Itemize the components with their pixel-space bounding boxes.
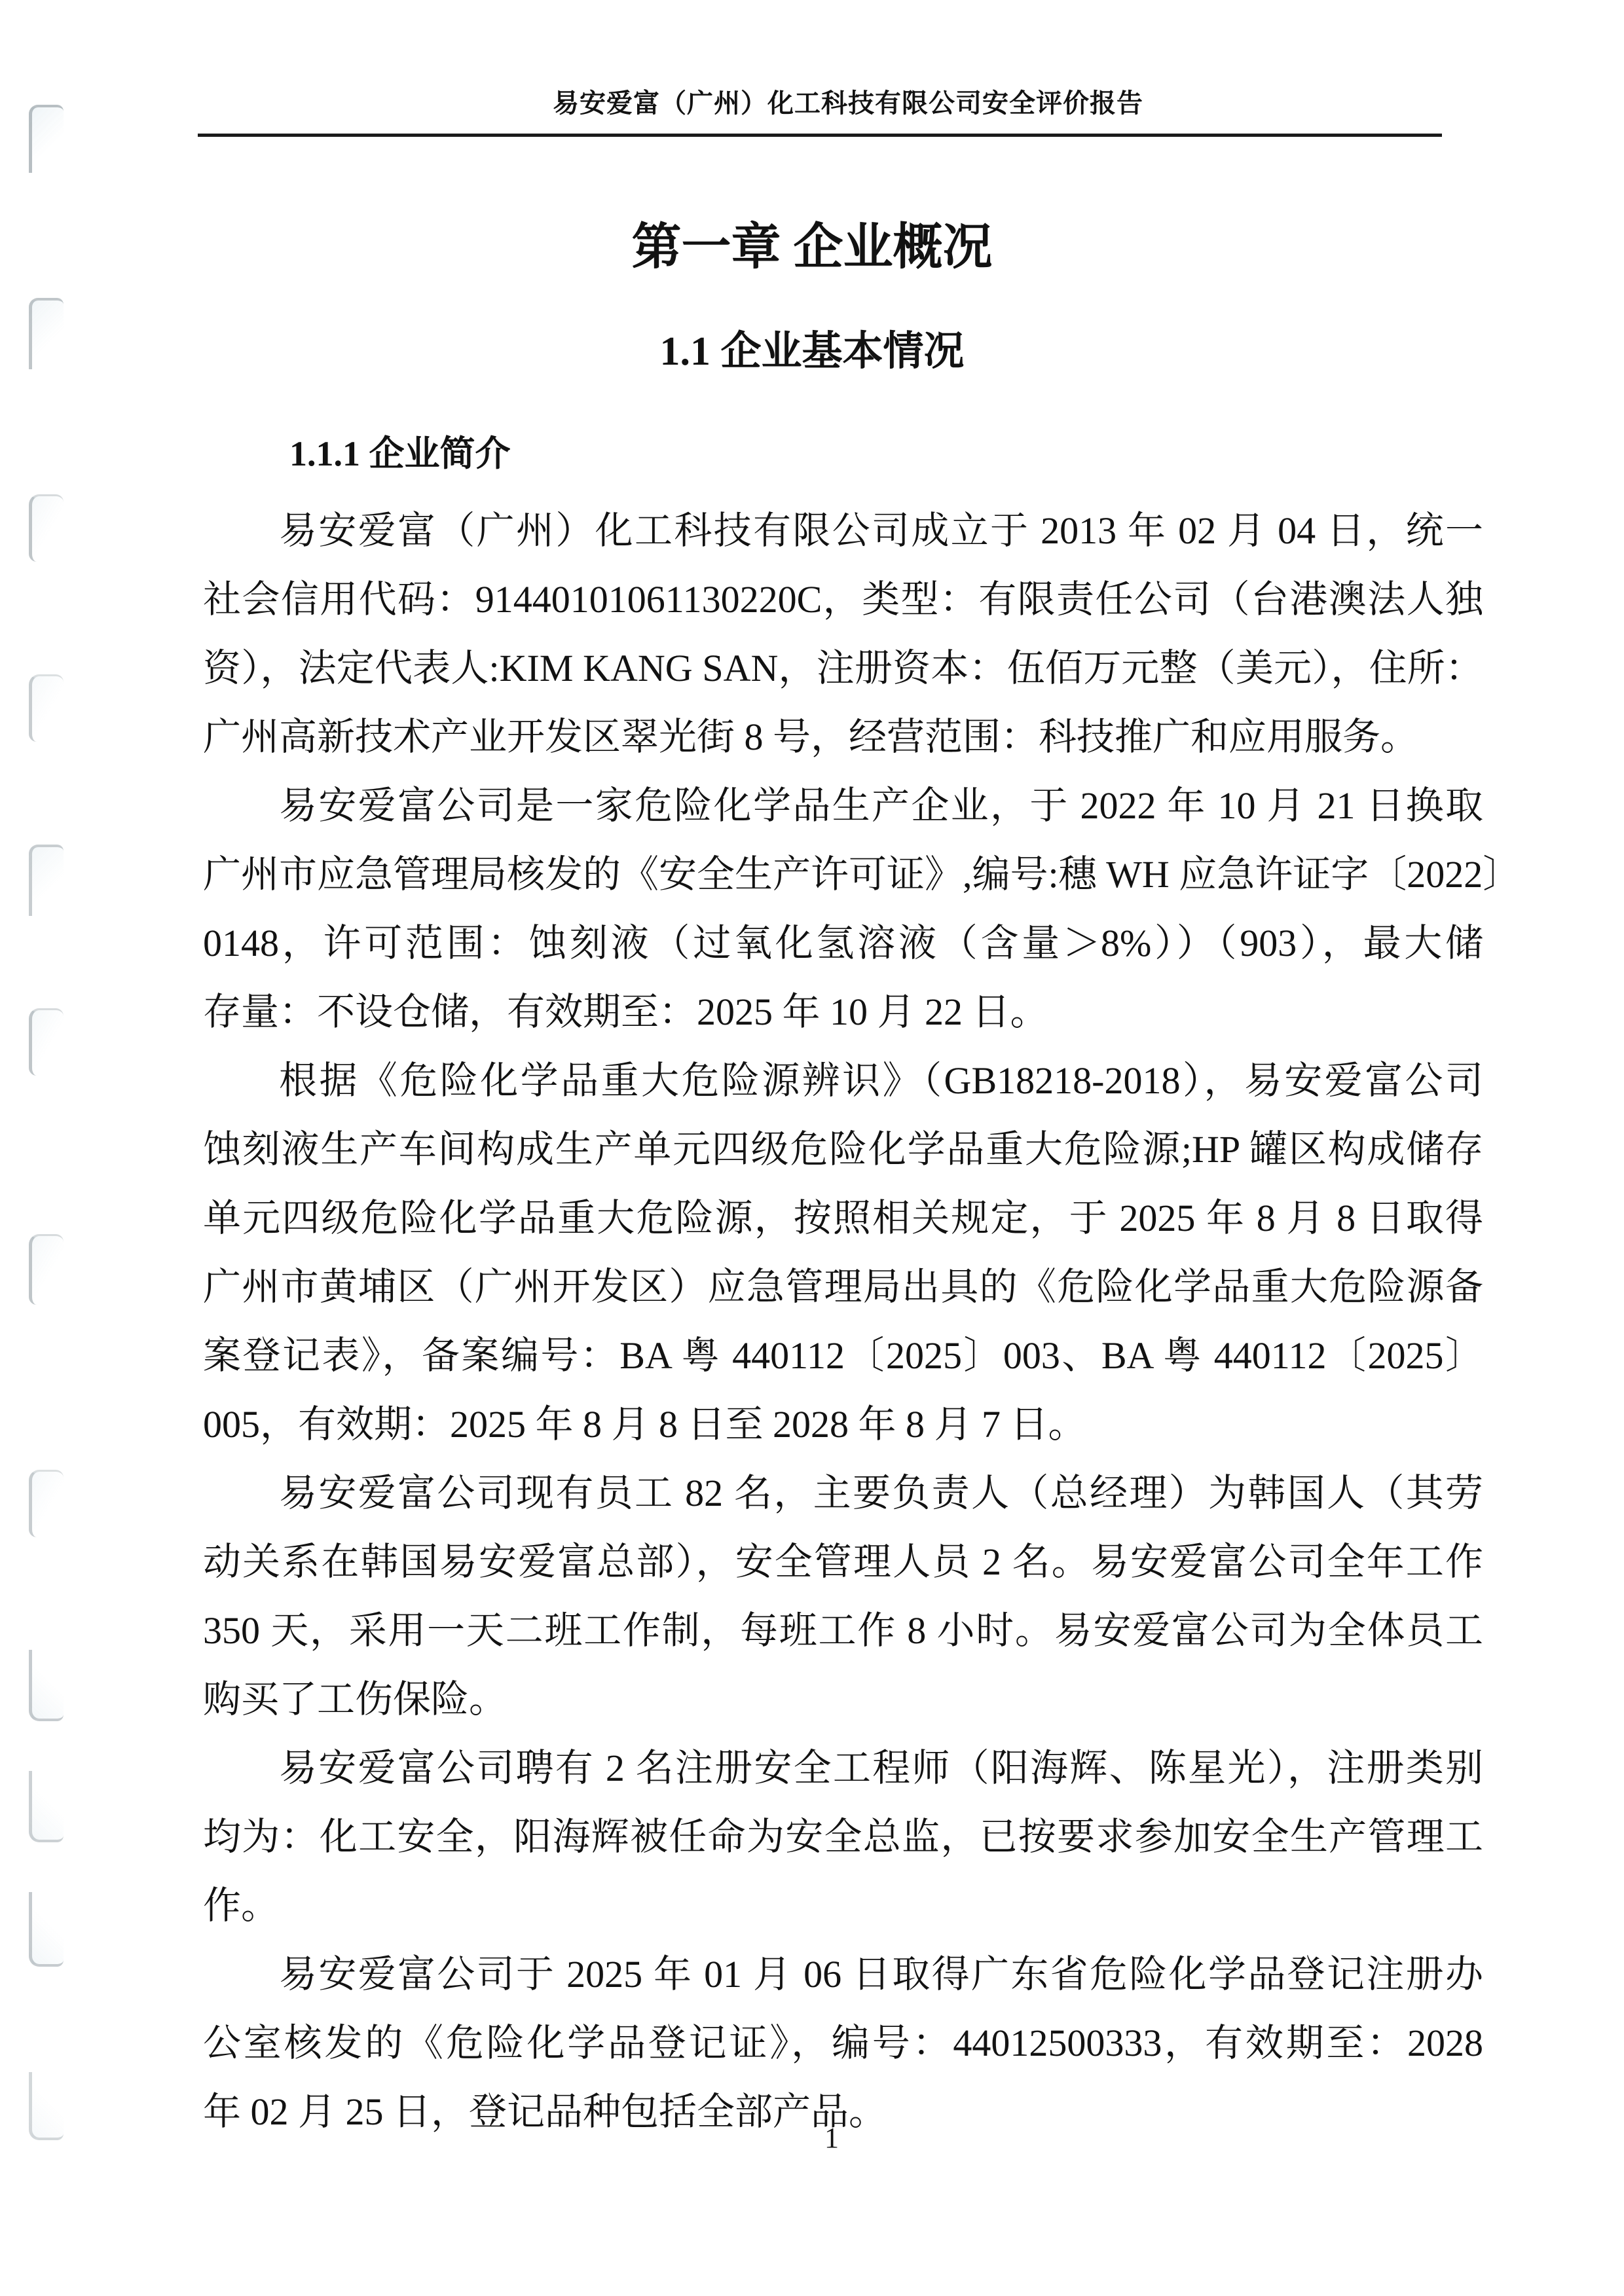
binder-hole-mark xyxy=(29,2072,64,2140)
chapter-title: 第一章 企业概况 xyxy=(0,207,1624,278)
body-line-p6-l1: 易安爱富公司于 2025 年 01 月 06 日取得广东省危险化学品登记注册办 xyxy=(203,1940,1483,2009)
body-line-p3-l2: 蚀刻液生产车间构成生产单元四级危险化学品重大危险源;HP 罐区构成储存 xyxy=(203,1115,1483,1184)
binder-hole-mark xyxy=(29,1892,64,1967)
binder-hole-mark xyxy=(29,105,64,173)
section-title: 1.1 企业基本情况 xyxy=(0,318,1624,376)
body-line-p1-l4: 广州高新技术产业开发区翠光街 8 号，经营范围：科技推广和应用服务。 xyxy=(203,702,1483,771)
body-line-p3-l5: 案登记表》，备案编号：BA 粤 440112〔2025〕003、BA 粤 440… xyxy=(203,1321,1483,1390)
body-line-p6-l2: 公室核发的《危险化学品登记证》，编号：44012500333，有效期至：2028 xyxy=(203,2009,1483,2077)
body-line-p5-l2: 均为：化工安全，阳海辉被任命为安全总监，已按要求参加安全生产管理工 xyxy=(203,1802,1483,1871)
binder-hole-mark xyxy=(29,494,64,562)
body-text-block: 易安爱富（广州）化工科技有限公司成立于 2013 年 02 月 04 日，统一社… xyxy=(203,496,1483,2146)
body-line-p3-l1: 根据《危险化学品重大危险源辨识》（GB18218-2018），易安爱富公司 xyxy=(203,1046,1483,1115)
header-rule xyxy=(198,134,1442,137)
body-line-p5-l1: 易安爱富公司聘有 2 名注册安全工程师（阳海辉、陈星光），注册类别 xyxy=(203,1734,1483,1802)
body-line-p2-l2: 广州市应急管理局核发的《安全生产许可证》,编号:穗 WH 应急许证字〔2022〕 xyxy=(203,840,1483,909)
page-number: 1 xyxy=(20,2121,1624,2155)
body-line-p1-l3: 资），法定代表人:KIM KANG SAN，注册资本：伍佰万元整（美元），住所： xyxy=(203,634,1483,702)
body-line-p4-l2: 动关系在韩国易安爱富总部），安全管理人员 2 名。易安爱富公司全年工作 xyxy=(203,1527,1483,1596)
binder-hole-mark xyxy=(29,1771,64,1842)
binder-hole-mark xyxy=(29,674,64,742)
body-line-p4-l1: 易安爱富公司现有员工 82 名，主要负责人（总经理）为韩国人（其劳 xyxy=(203,1459,1483,1527)
body-line-p3-l4: 广州市黄埔区（广州开发区）应急管理局出具的《危险化学品重大危险源备 xyxy=(203,1252,1483,1321)
body-line-p1-l1: 易安爱富（广州）化工科技有限公司成立于 2013 年 02 月 04 日，统一 xyxy=(203,496,1483,565)
subsection-title: 1.1.1 企业简介 xyxy=(289,426,511,476)
body-line-p5-l3: 作。 xyxy=(203,1871,1483,1940)
binder-hole-mark xyxy=(29,845,64,916)
binder-hole-mark xyxy=(29,1650,64,1721)
body-line-p4-l4: 购买了工伤保险。 xyxy=(203,1665,1483,1734)
body-line-p3-l3: 单元四级危险化学品重大危险源，按照相关规定，于 2025 年 8 月 8 日取得 xyxy=(203,1184,1483,1252)
body-line-p1-l2: 社会信用代码：91440101061130220C，类型：有限责任公司（台港澳法… xyxy=(203,565,1483,634)
binder-hole-mark xyxy=(29,1234,64,1305)
binder-hole-mark xyxy=(29,298,64,369)
binder-hole-mark xyxy=(29,1008,64,1076)
body-line-p2-l1: 易安爱富公司是一家危险化学品生产企业，于 2022 年 10 月 21 日换取 xyxy=(203,771,1483,840)
page-header-title: 易安爱富（广州）化工科技有限公司安全评价报告 xyxy=(36,82,1624,120)
body-line-p3-l6: 005，有效期：2025 年 8 月 8 日至 2028 年 8 月 7 日。 xyxy=(203,1390,1483,1459)
body-line-p2-l4: 存量：不设仓储，有效期至：2025 年 10 月 22 日。 xyxy=(203,977,1483,1046)
body-line-p4-l3: 350 天，采用一天二班工作制，每班工作 8 小时。易安爱富公司为全体员工 xyxy=(203,1596,1483,1665)
body-line-p2-l3: 0148，许可范围：蚀刻液（过氧化氢溶液（含量＞8%））（903），最大储 xyxy=(203,909,1483,977)
document-page: 易安爱富（广州）化工科技有限公司安全评价报告 第一章 企业概况 1.1 企业基本… xyxy=(0,0,1624,2296)
binder-hole-mark xyxy=(29,1470,64,1537)
